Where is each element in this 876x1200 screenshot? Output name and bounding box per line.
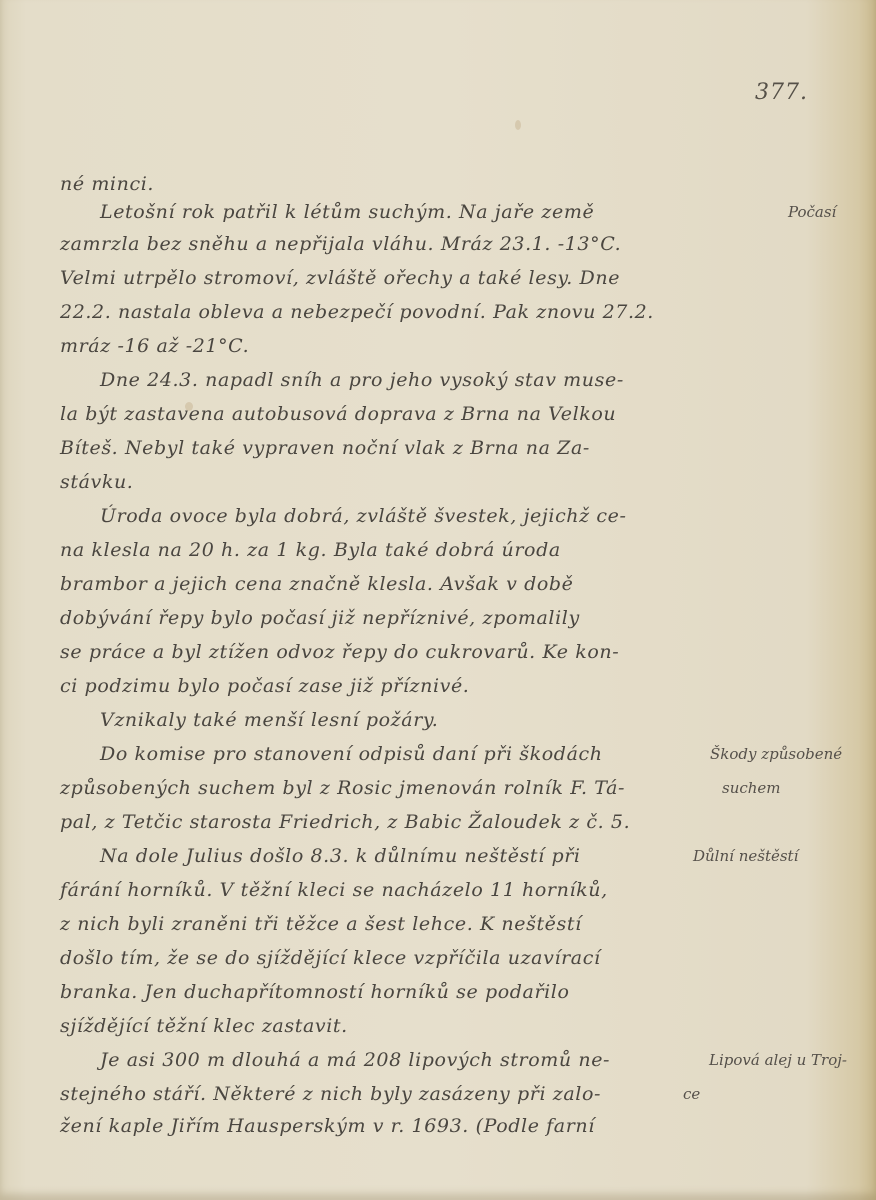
margin-note-drought: suchem: [722, 778, 781, 798]
chronicle-page: 377. né minci. Letošní rok patřil k létů…: [0, 0, 876, 1200]
text-line: Velmi utrpělo stromoví, zvláště ořechy a…: [60, 266, 620, 290]
text-line: fárání horníků. V těžní kleci se nacháze…: [60, 878, 608, 902]
text-line: ci podzimu bylo počasí zase již příznivé…: [60, 674, 469, 698]
text-line: mráz -16 až -21°C.: [60, 334, 249, 358]
text-line: Je asi 300 m dlouhá a má 208 lipových st…: [100, 1048, 610, 1072]
text-line: dobývání řepy bylo počasí již nepříznivé…: [60, 606, 580, 630]
text-line: na klesla na 20 h. za 1 kg. Byla také do…: [60, 538, 561, 562]
text-line: zamrzla bez sněhu a nepřijala vláhu. Mrá…: [60, 232, 621, 256]
text-line: brambor a jejich cena značně klesla. Avš…: [60, 572, 574, 596]
text-line: né minci.: [60, 172, 154, 196]
text-line: se práce a byl ztížen odvoz řepy do cukr…: [60, 640, 619, 664]
text-line: Úroda ovoce byla dobrá, zvláště švestek,…: [100, 504, 627, 528]
text-line: žení kaple Jiřím Hausperským v r. 1693. …: [60, 1114, 595, 1138]
text-line: 22.2. nastala obleva a nebezpečí povodní…: [60, 300, 654, 324]
text-line: pal, z Tetčic starosta Friedrich, z Babi…: [60, 810, 630, 834]
text-line: sjíždějící těžní klec zastavit.: [60, 1014, 348, 1038]
margin-note-continuation: ce: [683, 1084, 700, 1104]
text-line: Vznikaly také menší lesní požáry.: [100, 708, 438, 732]
text-line: branka. Jen duchapřítomností horníků se …: [60, 980, 570, 1004]
page-number: 377.: [755, 80, 808, 105]
text-line: způsobených suchem byl z Rosic jmenován …: [60, 776, 625, 800]
text-line: la být zastavena autobusová doprava z Br…: [60, 402, 616, 426]
text-line: Do komise pro stanovení odpisů daní při …: [100, 742, 603, 766]
text-line: Letošní rok patřil k létům suchým. Na ja…: [100, 200, 594, 224]
text-line: stávku.: [60, 470, 133, 494]
margin-note-weather: Počasí: [788, 202, 836, 222]
margin-note-drought-damage: Škody způsobené: [710, 744, 842, 764]
text-line: Dne 24.3. napadl sníh a pro jeho vysoký …: [100, 368, 624, 392]
paper-stain: [515, 120, 521, 130]
text-line: stejného stáří. Některé z nich byly zasá…: [60, 1082, 601, 1106]
text-line: Bíteš. Nebyl také vypraven noční vlak z …: [60, 436, 590, 460]
text-line: Na dole Julius došlo 8.3. k důlnímu nešt…: [100, 844, 581, 868]
text-line: došlo tím, že se do sjíždějící klece vzp…: [60, 946, 601, 970]
text-line: z nich byli zraněni tři těžce a šest leh…: [60, 912, 582, 936]
margin-note-linden-alley: Lipová alej u Troj-: [709, 1050, 847, 1070]
margin-note-mining-accident: Důlní neštěstí: [693, 846, 798, 866]
